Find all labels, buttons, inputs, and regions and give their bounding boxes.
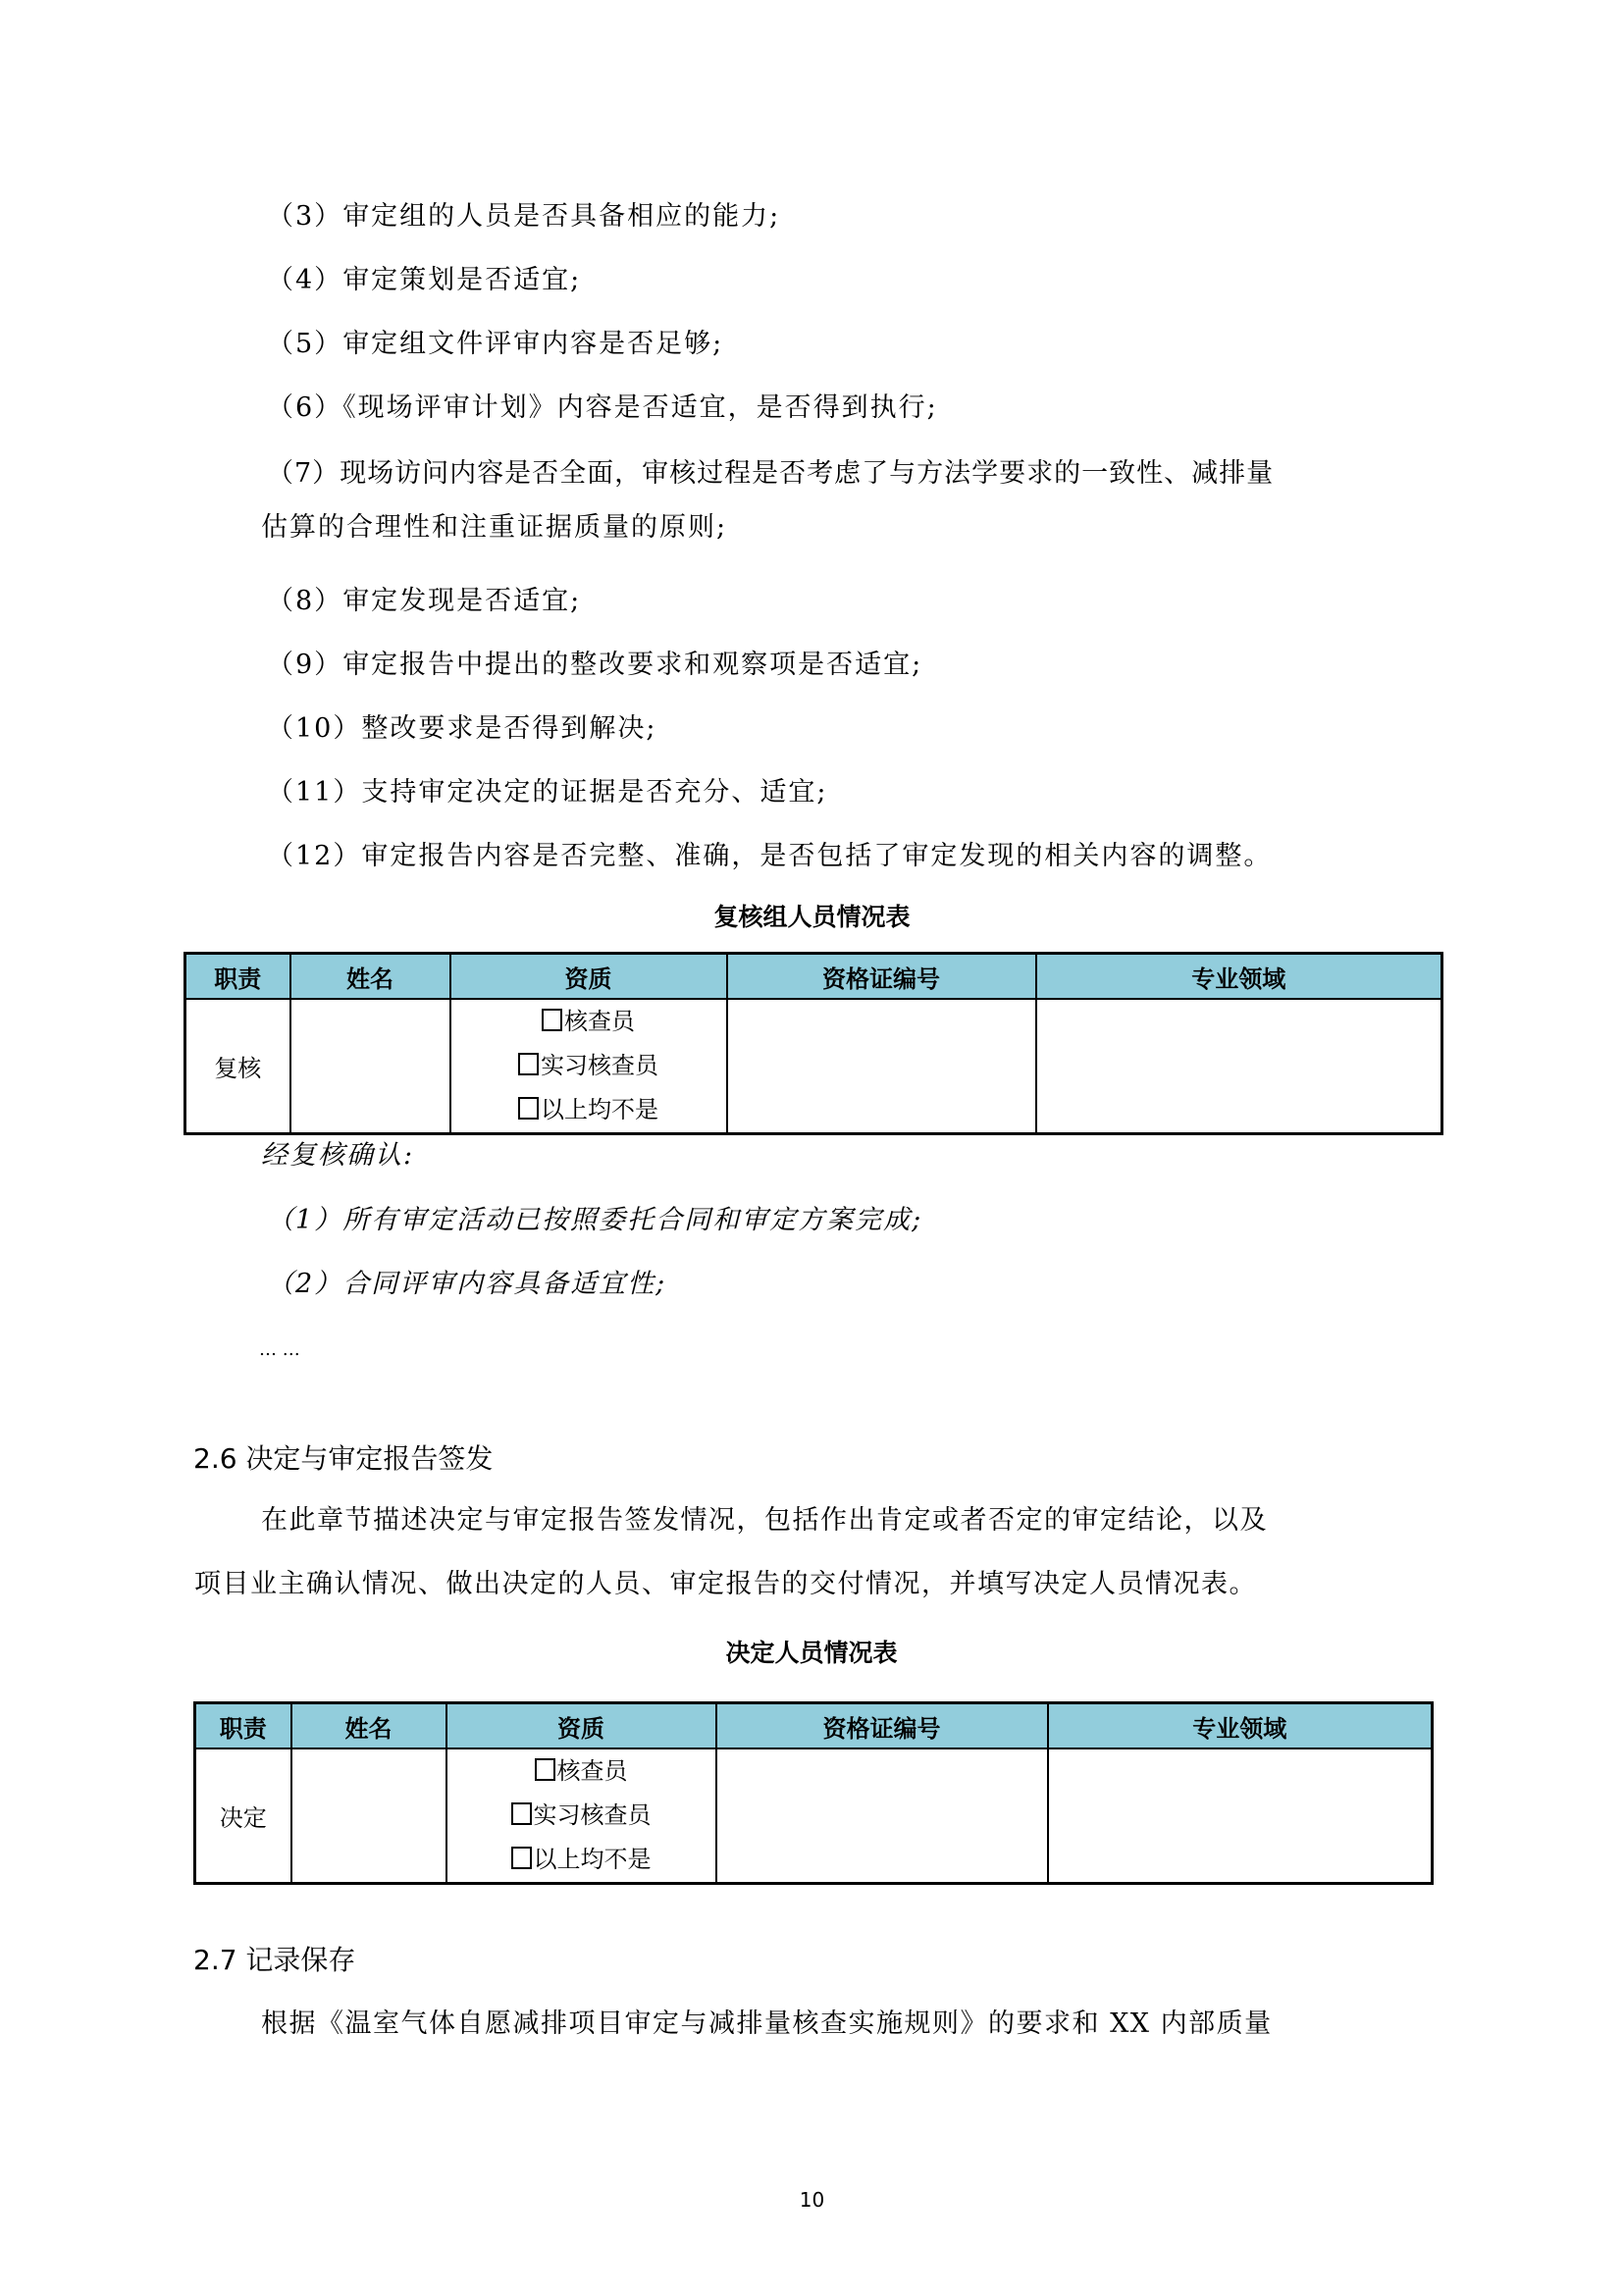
section-2-6-paragraph-line-2: 项目业主确认情况、做出决定的人员、审定报告的交付情况，并填写决定人员情况表。 [194,1569,1257,1600]
role-cell: 决定 [195,1748,291,1884]
qualification-option[interactable]: 实习核查员 [447,1794,715,1838]
criterion-number: （12） [267,841,361,871]
criterion-text: 支持审定决定的证据是否充分、适宜; [361,777,827,808]
criterion-text: 审定报告中提出的整改要求和观察项是否适宜; [342,650,922,680]
name-cell[interactable] [291,1748,446,1884]
criterion-text: 《现场评审计划》内容是否适宜，是否得到执行; [342,392,938,423]
checkbox-icon[interactable] [535,1758,555,1781]
section-2-6-paragraph-line-1: 在此章节描述决定与审定报告签发情况，包括作出肯定或者否定的审定结论，以及 [261,1505,1268,1537]
criterion-number: （5） [267,329,342,359]
qualification-cell: 核查员 实习核查员 以上均不是 [450,999,727,1134]
section-2-7-paragraph-line-1: 根据《温室气体自愿减排项目审定与减排量核查实施规则》的要求和 XX 内部质量 [261,2008,1273,2040]
qualification-cell: 核查员 实习核查员 以上均不是 [446,1748,716,1884]
criterion-number: （3） [267,201,342,232]
table-row: 决定 核查员 实习核查员 以上均不是 [195,1748,1433,1884]
item-text: 所有审定活动已按照委托合同和审定方案完成; [342,1205,922,1235]
table-row: 复核 核查员 实习核查员 以上均不是 [185,999,1442,1134]
item-text: 合同评审内容具备适宜性; [342,1269,666,1299]
criterion-text: 现场访问内容是否全面，审核过程是否考虑了与方法学要求的一致性、减排量 [340,458,1274,489]
decision-personnel-table: 职责 姓名 资质 资格证编号 专业领域 决定 核查员 实习核查员 以上均不是 [193,1701,1434,1885]
option-label: 以上均不是 [541,1096,658,1123]
review-team-table: 职责 姓名 资质 资格证编号 专业领域 复核 核查员 实习核查员 以上均不是 [183,952,1443,1135]
criterion-text: 审定发现是否适宜; [342,586,581,616]
criterion-7: （7）现场访问内容是否全面，审核过程是否考虑了与方法学要求的一致性、减排量 [267,458,1274,490]
criterion-text: 审定策划是否适宜; [342,265,581,295]
header-role: 职责 [195,1703,291,1749]
criterion-5: （5）审定组文件评审内容是否足够; [267,329,723,360]
header-role: 职责 [185,954,290,1000]
criterion-text: 整改要求是否得到解决; [361,713,656,744]
table-header-row: 职责 姓名 资质 资格证编号 专业领域 [185,954,1442,1000]
criterion-10: （10）整改要求是否得到解决; [267,713,656,745]
option-label: 实习核查员 [541,1052,658,1079]
option-label: 核查员 [564,1008,635,1035]
header-certificate-no: 资格证编号 [716,1703,1048,1749]
header-qualification: 资质 [446,1703,716,1749]
checkbox-icon[interactable] [542,1009,562,1031]
checkbox-icon[interactable] [511,1847,532,1869]
item-number: （2） [267,1269,342,1299]
criterion-text: 审定组的人员是否具备相应的能力; [342,201,780,232]
checkbox-icon[interactable] [518,1097,539,1120]
criterion-text: 审定组文件评审内容是否足够; [342,329,723,359]
criterion-12: （12）审定报告内容是否完整、准确，是否包括了审定发现的相关内容的调整。 [267,841,1272,872]
header-name: 姓名 [291,1703,446,1749]
criterion-9: （9）审定报告中提出的整改要求和观察项是否适宜; [267,650,922,681]
qualification-option[interactable]: 以上均不是 [451,1088,726,1132]
field-cell[interactable] [1036,999,1442,1134]
section-heading-2-6: 2.6 决定与审定报告签发 [193,1442,493,1476]
criterion-number: （6） [267,392,342,423]
confirmation-item-2: （2）合同评审内容具备适宜性; [267,1269,666,1300]
criterion-8: （8）审定发现是否适宜; [267,586,581,617]
table-header-row: 职责 姓名 资质 资格证编号 专业领域 [195,1703,1433,1749]
criterion-6: （6）《现场评审计划》内容是否适宜，是否得到执行; [267,392,938,424]
criterion-number: （8） [267,586,342,616]
criterion-number: （4） [267,265,342,295]
ellipsis: … … [259,1334,300,1366]
qualification-option[interactable]: 以上均不是 [447,1838,715,1882]
role-cell: 复核 [185,999,290,1134]
criterion-11: （11）支持审定决定的证据是否充分、适宜; [267,777,827,808]
certificate-no-cell[interactable] [716,1748,1048,1884]
criterion-number: （11） [267,777,361,808]
item-number: （1） [267,1205,342,1235]
qualification-option[interactable]: 核查员 [451,1000,726,1044]
criterion-3: （3）审定组的人员是否具备相应的能力; [267,201,780,233]
header-field: 专业领域 [1048,1703,1433,1749]
option-label: 核查员 [557,1757,628,1785]
name-cell[interactable] [290,999,450,1134]
criterion-number: （10） [267,713,361,744]
criterion-text: 审定报告内容是否完整、准确，是否包括了审定发现的相关内容的调整。 [361,841,1272,871]
decision-table-caption: 决定人员情况表 [193,1639,1430,1668]
header-qualification: 资质 [450,954,727,1000]
checkbox-icon[interactable] [518,1053,539,1075]
review-table-caption: 复核组人员情况表 [183,903,1441,932]
option-label: 以上均不是 [534,1846,652,1873]
header-field: 专业领域 [1036,954,1442,1000]
field-cell[interactable] [1048,1748,1433,1884]
header-name: 姓名 [290,954,450,1000]
criterion-7-continuation: 估算的合理性和注重证据质量的原则; [261,512,727,544]
criterion-number: （7） [267,458,340,489]
criterion-4: （4）审定策划是否适宜; [267,265,581,296]
header-certificate-no: 资格证编号 [727,954,1036,1000]
option-label: 实习核查员 [534,1801,652,1829]
qualification-option[interactable]: 实习核查员 [451,1044,726,1088]
certificate-no-cell[interactable] [727,999,1036,1134]
confirmation-intro: 经复核确认: [261,1140,414,1172]
confirmation-item-1: （1）所有审定活动已按照委托合同和审定方案完成; [267,1205,922,1236]
criterion-number: （9） [267,650,342,680]
qualification-option[interactable]: 核查员 [447,1749,715,1794]
checkbox-icon[interactable] [511,1802,532,1825]
page-number: 10 [0,2188,1624,2212]
section-heading-2-7: 2.7 记录保存 [193,1944,355,1977]
